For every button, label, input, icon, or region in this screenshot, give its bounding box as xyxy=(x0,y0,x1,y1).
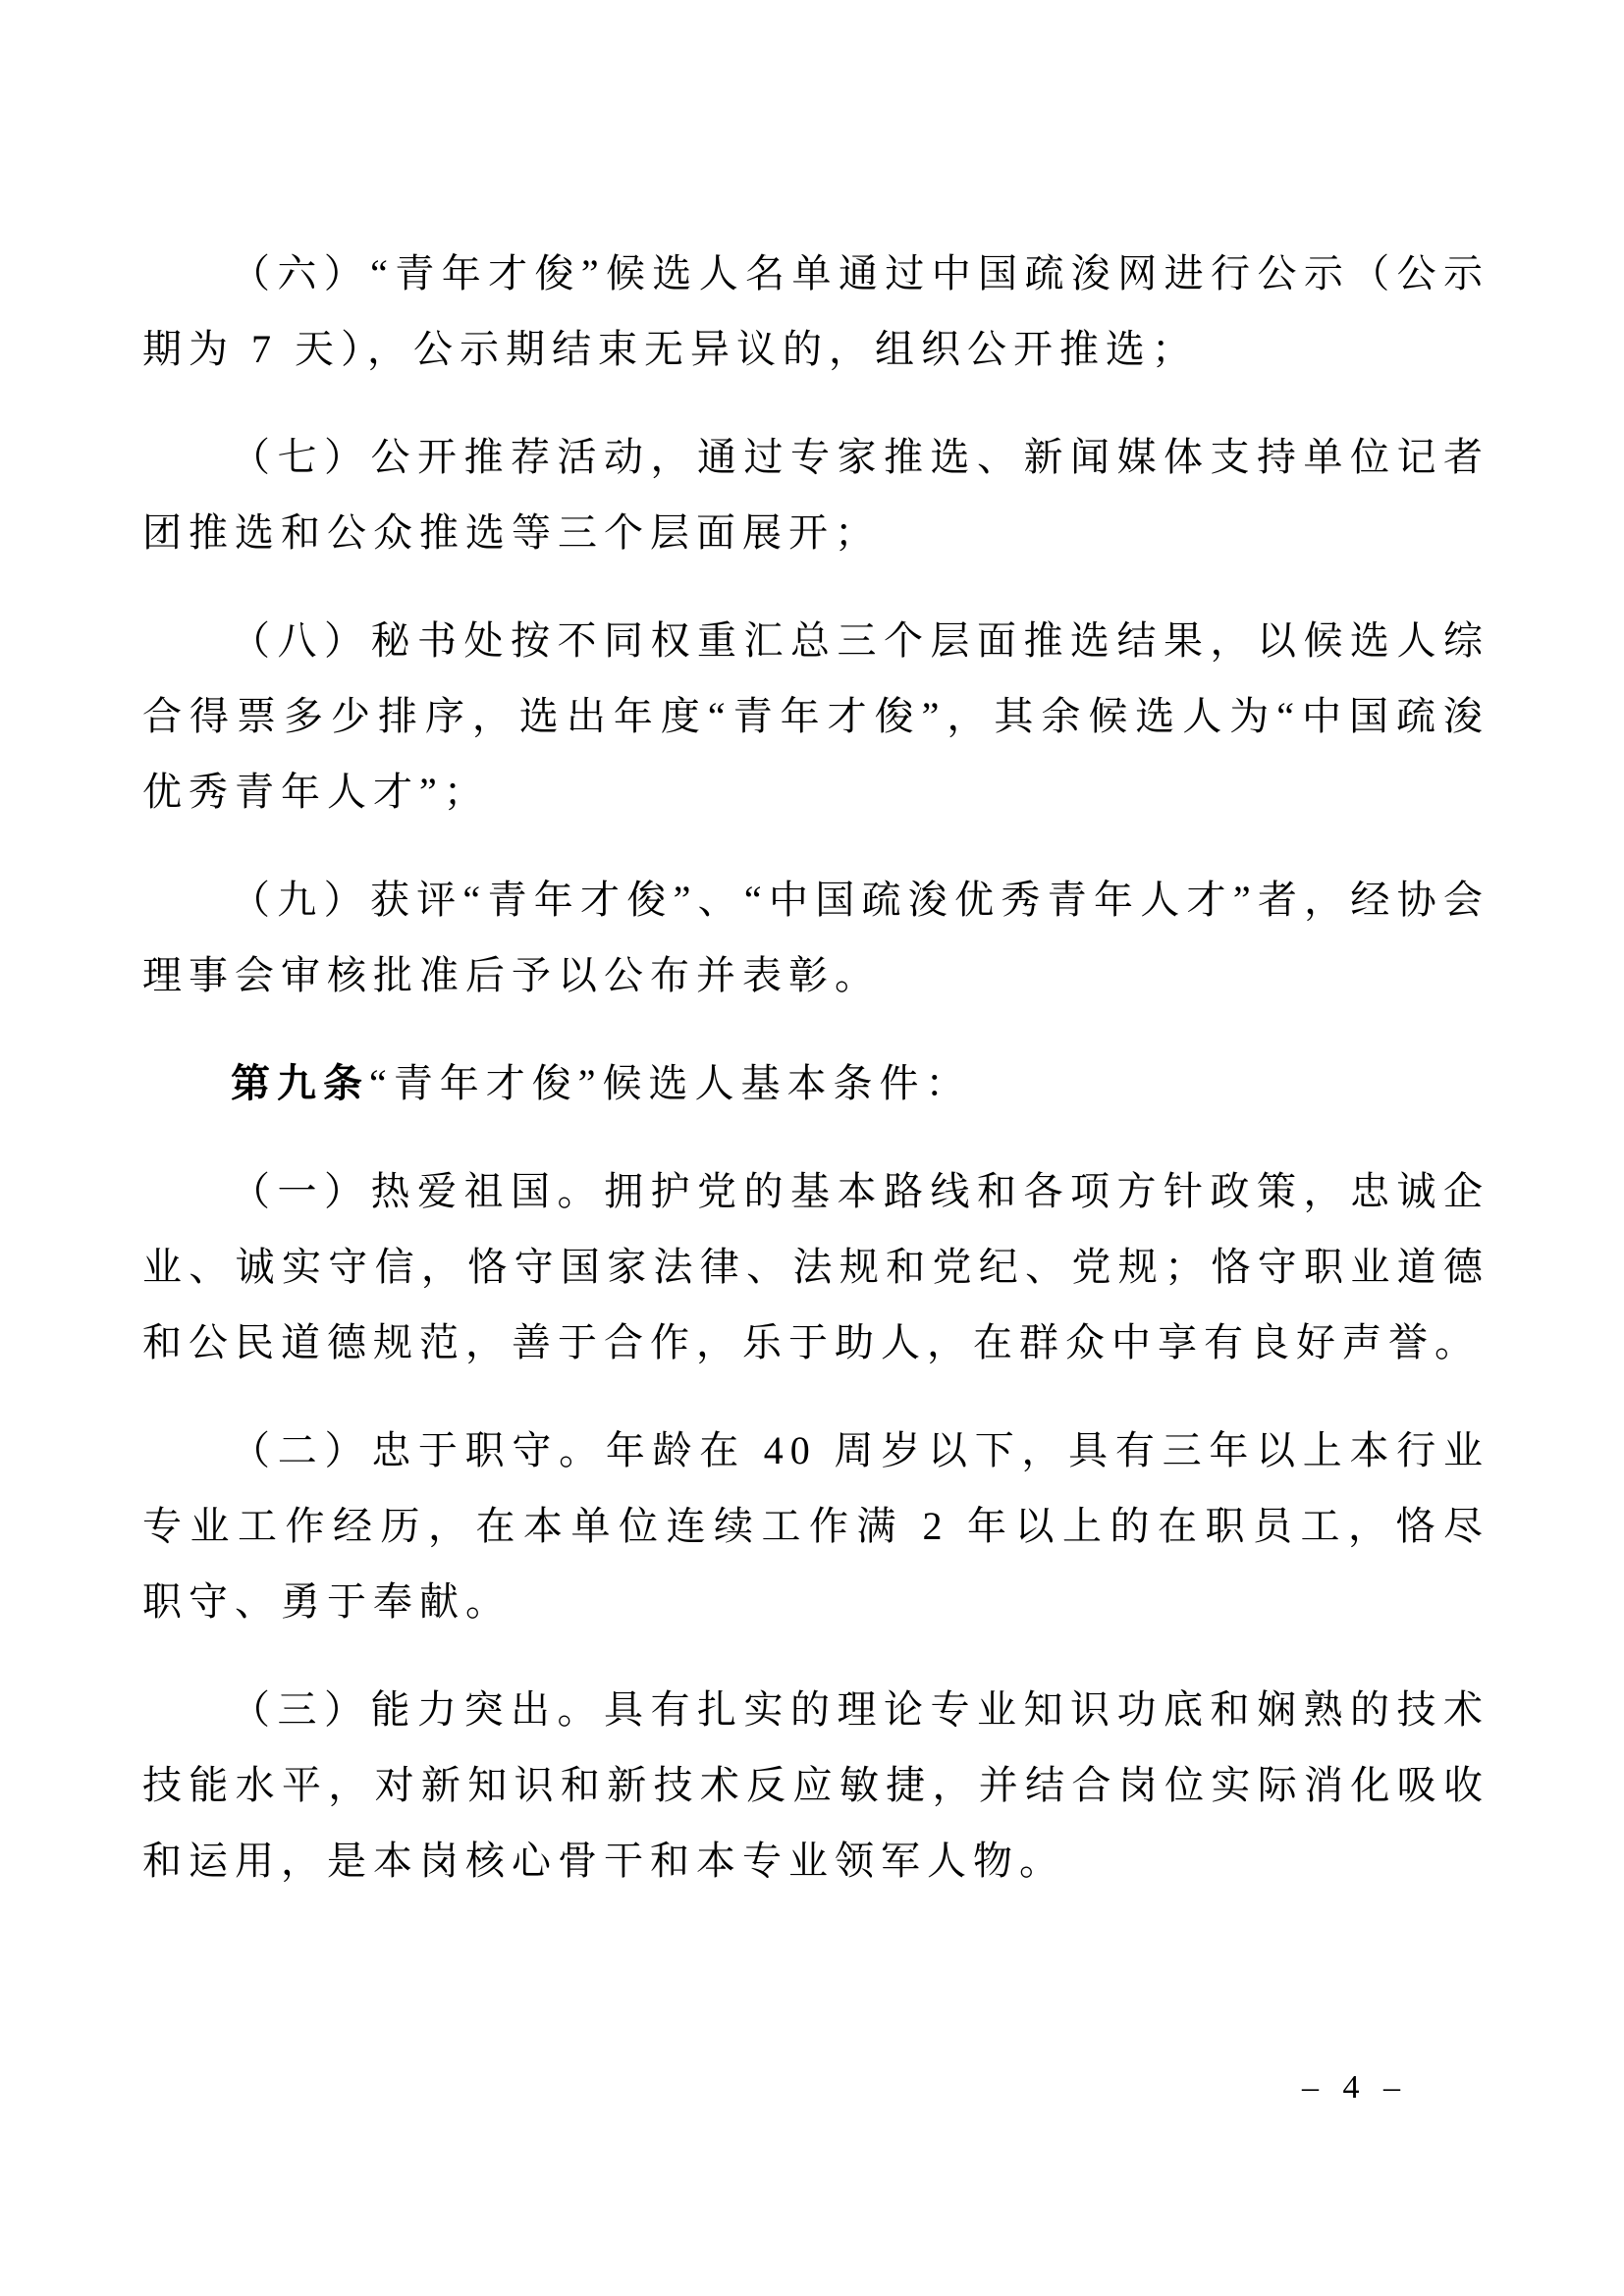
paragraph: （二）忠于职守。年龄在 40 周岁以下，具有三年以上本行业专业工作经历，在本单位… xyxy=(142,1413,1489,1639)
paragraph: （八）秘书处按不同权重汇总三个层面推选结果，以候选人综合得票多少排序，选出年度“… xyxy=(142,603,1489,829)
paragraph: 第九条“青年才俊”候选人基本条件： xyxy=(142,1045,1489,1121)
paragraph: （九）获评“青年才俊”、“中国疏浚优秀青年人才”者，经协会理事会审核批准后予以公… xyxy=(142,862,1489,1013)
document-page: （六）“青年才俊”候选人名单通过中国疏浚网进行公示（公示期为 7 天），公示期结… xyxy=(0,0,1624,2296)
paragraph: （六）“青年才俊”候选人名单通过中国疏浚网进行公示（公示期为 7 天），公示期结… xyxy=(142,236,1489,387)
paragraph: （七）公开推荐活动，通过专家推选、新闻媒体支持单位记者团推选和公众推选等三个层面… xyxy=(142,419,1489,570)
paragraph: （一）热爱祖国。拥护党的基本路线和各项方针政策，忠诚企业、诚实守信，恪守国家法律… xyxy=(142,1153,1489,1380)
paragraph: （三）能力突出。具有扎实的理论专业知识功底和娴熟的技术技能水平，对新知识和新技术… xyxy=(142,1672,1489,1898)
document-body: （六）“青年才俊”候选人名单通过中国疏浚网进行公示（公示期为 7 天），公示期结… xyxy=(142,236,1489,1931)
article-number-bold: 第九条 xyxy=(231,1061,369,1105)
page-number: – 4 – xyxy=(1302,2069,1408,2107)
